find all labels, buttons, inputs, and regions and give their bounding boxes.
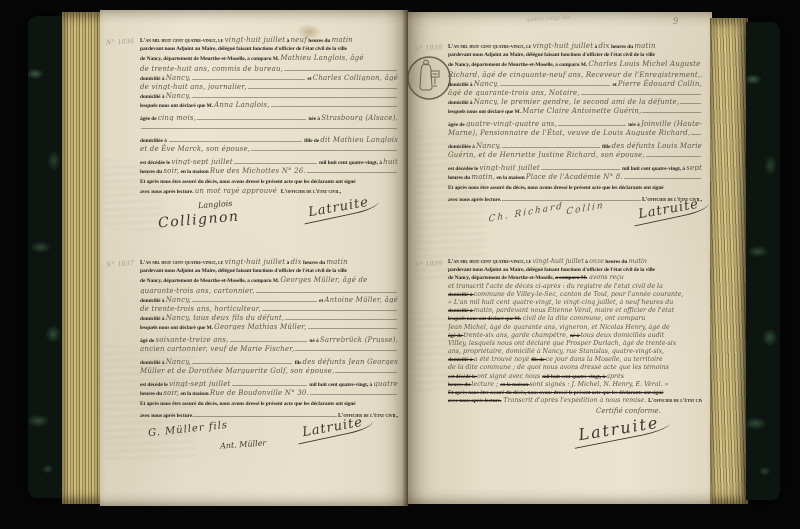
signature-area: Certifié conforme.Latruite — [448, 405, 702, 451]
blank-rule — [646, 149, 701, 157]
blank-rule — [308, 321, 398, 329]
death-act-record: N° 1039L'an mil huit cent quatre-vingt, … — [448, 258, 702, 451]
blank-rule — [558, 118, 626, 126]
text-segment: domicilié à — [140, 297, 166, 303]
text-segment: Georges Mathias Müller, — [214, 323, 306, 330]
text-segment: avec nous après lecture. — [448, 397, 501, 405]
act-line: heures du soir, en la maison Rue des Mic… — [140, 165, 398, 174]
text-segment: avons reçu — [587, 274, 624, 282]
act-line: lesquels nous ont déclaré que M. Marie C… — [448, 105, 702, 114]
act-line: Jean Michel, âgé de quarante ans, vigner… — [448, 324, 702, 332]
act-line: domicilié à Nancy, le premier gendre, le… — [448, 96, 702, 105]
record-number: N° 1037 — [106, 258, 135, 268]
text-segment: Villey, lesquels nous ont déclaré que Pr… — [448, 340, 676, 348]
text-segment: heures du — [448, 174, 471, 180]
text-segment: Georges Müller, âgé de — [280, 276, 367, 285]
signature: Collignon — [157, 208, 240, 231]
act-line: ancien cartonnier, veuf de Marie Fischer… — [140, 343, 398, 352]
text-segment: lecture ; — [471, 381, 500, 389]
blank-rule — [335, 365, 397, 373]
text-segment: sept — [686, 164, 702, 171]
act-line: domicilié à matin, pardevant nous Étienn… — [448, 307, 702, 315]
text-segment: a été trouvé noyé — [474, 356, 532, 364]
text-segment: heures du — [448, 381, 471, 389]
act-line: avec nous après lecture. Transcrit d'apr… — [448, 397, 702, 405]
blank-rule — [701, 69, 702, 77]
text-segment: vingt-sept juillet — [169, 380, 231, 387]
text-segment: en la maison — [495, 174, 526, 180]
text-segment: Rue de Boudonville N° 30. — [210, 389, 309, 396]
text-segment: heures du — [140, 390, 163, 396]
act-line: âgée de cinq mois, née à Strasbourg (Als… — [140, 112, 398, 121]
text-segment: L'an mil huit cent quatre-vingt, le — [448, 258, 533, 266]
text-segment: lesquels nous ont déclaré que M. — [448, 108, 522, 114]
blank-rule — [624, 171, 701, 179]
text-segment: Nancy, le premier gendre, le second ami … — [474, 98, 680, 105]
text-segment: et transcrit l'acte de décès ci-après : … — [448, 283, 663, 291]
act-line: Et après nous être assuré du décès, nous… — [448, 389, 702, 397]
text-segment: Anna Langlois, — [214, 101, 270, 108]
blank-rule — [295, 343, 397, 351]
text-segment: civil de la dite commune, ont comparu — [521, 315, 646, 323]
right-page-records: N° 1038L'an mil huit cent quatre-vingt, … — [408, 12, 712, 504]
blank-rule — [271, 99, 397, 107]
text-segment: de Nancy, département de Meurthe-et-Mose… — [140, 277, 280, 285]
text-segment: domicilié à — [140, 75, 166, 81]
text-segment: domicilié à — [448, 356, 474, 364]
signature: Ant. Müller — [220, 438, 267, 450]
act-line: domicilié à Nancy, et Pierre Édouard Col… — [448, 78, 702, 87]
text-segment: Et après nous être assuré du décès, nous… — [448, 184, 664, 193]
text-segment: vingt-huit juillet — [225, 36, 286, 45]
text-segment: fils de — [531, 356, 545, 364]
act-line: de trente-trois ans, horticulteur, — [140, 303, 398, 312]
text-segment: fils — [293, 359, 302, 365]
record-number: N° 1038 — [414, 42, 443, 52]
text-segment: Charles Louis Michel Auguste — [588, 60, 700, 69]
blank-rule — [680, 96, 701, 104]
blank-rule — [256, 285, 397, 293]
text-segment: « L'an mil huit cent quatre-vingt, le vi… — [448, 299, 673, 307]
text-segment: Nancy, — [476, 142, 501, 149]
act-line: domicilié à a été trouvé noyé fils de ce… — [448, 356, 702, 364]
text-segment: né à — [570, 332, 581, 340]
blank-rule — [232, 378, 307, 386]
text-segment: commune de Villey-le-Sec, canton de Toul… — [474, 291, 684, 299]
act-line: avec nous après lecture.L'officier de l'… — [448, 193, 702, 202]
blank-rule — [194, 409, 337, 417]
act-line: de Nancy, département de Meurthe-et-Mose… — [140, 276, 398, 285]
text-segment: en la maison — [500, 381, 529, 389]
blank-rule — [691, 127, 701, 135]
text-segment: Nancy, — [474, 80, 499, 87]
act-line: Villey, lesquels nous ont déclaré que Pr… — [448, 340, 702, 348]
text-segment: matin — [629, 258, 647, 266]
act-line: de vingt-huit ans, journalier, — [140, 81, 398, 90]
text-segment: de vingt-huit ans, journalier, — [140, 83, 247, 90]
act-line: pardevant nous Adjoint au Maire, délégué… — [140, 45, 398, 54]
text-segment: et de Ève Marck, son épouse, — [140, 145, 250, 152]
blank-rule — [581, 87, 701, 95]
book-cover-left — [28, 16, 64, 498]
act-line: Müller et de Dorothée Marguerite Golf, s… — [140, 365, 398, 374]
act-line: ans, propriétaire, domicilié à Nancy, ru… — [448, 348, 702, 356]
text-segment: âgée de — [448, 121, 466, 127]
act-line: Richard, âgé de cinquante-neuf ans, Rece… — [448, 69, 702, 78]
text-segment: Et après nous être assuré du décès, nous… — [140, 178, 356, 187]
book-cover-right — [746, 22, 780, 500]
text-segment: Place de l'Académie N° 8. — [526, 173, 623, 180]
act-line: Guérin, et de Henriette Justine Richard,… — [448, 149, 702, 158]
text-segment: domicilié à — [140, 315, 166, 321]
act-line: heures du lecture ; en la maison sont si… — [448, 381, 702, 389]
text-segment: cinq mois, — [158, 114, 196, 121]
act-line: pardevant nous Adjoint au Maire, délégué… — [448, 51, 702, 60]
text-segment: Rue des Michottes N° 26. — [210, 167, 306, 174]
act-line: de Nancy, département de Meurthe-et-Mose… — [448, 60, 702, 69]
text-segment: Transcrit d'après l'expédition à nous re… — [501, 397, 648, 405]
act-line: de Nancy, département de Meurthe-et-Mose… — [448, 274, 702, 282]
text-segment: pardevant nous Adjoint au Maire, délégué… — [448, 266, 655, 274]
text-segment: L'an mil huit cent quatre-vingt, le — [448, 43, 533, 51]
text-segment: domicilié à — [140, 93, 166, 99]
text-segment: matin, — [471, 173, 495, 180]
text-segment: un mot rayé approuvé — [195, 187, 277, 196]
act-line: avec nous après lecture. un mot rayé app… — [140, 187, 398, 196]
act-line: âgé de trente-six ans, garde champêtre, … — [448, 332, 702, 340]
text-segment: neuf — [290, 36, 307, 45]
text-segment: domiciliée à — [448, 143, 476, 149]
act-line: « L'an mil huit cent quatre-vingt, le vi… — [448, 299, 702, 307]
act-line: L'an mil huit cent quatre-vingt, le ving… — [448, 258, 702, 266]
text-segment: âgé de — [140, 337, 156, 343]
act-line: et transcrit l'acte de décès ci-après : … — [448, 283, 702, 291]
death-act-record: N° 1037L'an mil huit cent quatre-vingt, … — [140, 258, 398, 466]
signature-area: LangloisCollignonLatruite — [140, 196, 398, 246]
text-segment: heures du — [307, 37, 332, 45]
record-number: N° 1036 — [106, 36, 135, 46]
text-segment: Guérin, et de Henriette Justine Richard,… — [448, 151, 645, 158]
text-segment: des défunts Jean Georges — [303, 358, 398, 365]
record-number: N° 1039 — [414, 258, 443, 268]
text-segment: Jean Michel, âgé de quarante ans, vigner… — [448, 324, 670, 332]
blank-rule — [285, 312, 397, 320]
text-segment: Nancy, — [166, 358, 191, 365]
act-line: L'an mil huit cent quatre-vingt, le ving… — [140, 36, 398, 45]
act-line: L'an mil huit cent quatre-vingt, le ving… — [448, 42, 702, 51]
text-segment: est décédée le — [448, 165, 479, 171]
act-line: lesquels nous ont déclaré que M. Georges… — [140, 321, 398, 330]
act-line: lesquels nous ont déclaré que M. Anna La… — [140, 99, 398, 108]
text-segment: quatre-vingt-quatre ans, — [466, 120, 557, 127]
text-segment: Nancy, — [166, 92, 191, 99]
page-edges-right — [710, 18, 748, 504]
text-segment: quatre — [373, 380, 398, 387]
text-segment: domicilié à — [448, 291, 474, 299]
act-line: Et après nous être assuré du décès, nous… — [448, 184, 702, 193]
officer-signature: Latruite — [301, 415, 364, 440]
blank-rule — [192, 90, 397, 98]
death-act-record: N° 1036L'an mil huit cent quatre-vingt, … — [140, 36, 398, 246]
text-segment: soixante-treize ans, — [156, 336, 229, 343]
text-segment: trente-six ans, garde champêtre, — [464, 332, 570, 340]
signature: G. Müller fils — [148, 420, 229, 439]
text-segment: Marie Claire Antoinette Guérin, — [522, 107, 641, 114]
blank-rule — [502, 140, 599, 148]
text-segment: Richard, âgé de cinquante-neuf ans, Rece… — [448, 71, 700, 78]
act-line: pardevant nous Adjoint au Maire, délégué… — [140, 267, 398, 276]
text-segment: lesquels nous ont déclaré que M. — [140, 102, 214, 108]
text-segment: a comparu M. — [555, 274, 587, 282]
text-segment: Strasbourg (Alsace), — [321, 114, 398, 121]
act-line: est décédée le vingt-sept juillet mil hu… — [140, 156, 398, 165]
act-line: L'an mil huit cent quatre-vingt, le ving… — [140, 258, 398, 267]
text-segment: Et après nous être assuré du décès, nous… — [140, 400, 356, 409]
act-line: est décédé le vingt-sept juillet mil hui… — [140, 378, 398, 387]
text-segment: après — [606, 373, 624, 381]
text-segment: L'officier de l'état civil, — [648, 397, 702, 405]
text-segment: vingt-sept juillet — [171, 158, 233, 165]
text-segment: avec nous après lecture. — [140, 188, 195, 196]
text-segment: de trente-trois ans, horticulteur, — [140, 305, 261, 312]
act-line: domicilié à Nancy, et Charles Collignon,… — [140, 72, 398, 81]
act-line: de Nancy, département de Meurthe-et-Mose… — [140, 54, 398, 63]
text-segment: Pierre Édouard Collin, — [618, 80, 702, 87]
act-line: domiciliée à Nancy, fille des défunts Lo… — [448, 140, 702, 149]
text-segment: vingt-huit juillet — [225, 258, 286, 267]
text-segment: pardevant nous Adjoint au Maire, délégué… — [140, 45, 347, 54]
blank-rule — [251, 143, 397, 151]
blank-rule — [169, 134, 302, 142]
text-segment: Nancy, tous deux fils du défunt, — [166, 314, 285, 321]
text-segment: domicilié à — [448, 307, 474, 315]
text-segment: ancien cartonnier, veuf de Marie Fischer… — [140, 345, 294, 352]
signature: Ch. Richard — [488, 201, 564, 224]
text-segment: de trente-huit ans, commis de bureau, — [140, 65, 283, 72]
right-page: quatre vingt dix 9 N° 1038L'an mil huit … — [408, 12, 712, 504]
text-segment: de Nancy, département de Meurthe-et-Mose… — [448, 274, 555, 282]
text-segment: ont signé avec nous — [477, 373, 542, 381]
blank-rule — [230, 334, 308, 342]
act-line: heures du soir, en la maison Rue de Boud… — [140, 387, 398, 396]
text-segment: domicilié à — [140, 359, 166, 365]
act-line: Marne), Pensionnaire de l'État, veuve de… — [448, 127, 702, 136]
text-segment: L'an mil huit cent quatre-vingt, le — [140, 37, 225, 45]
text-segment: vingt-huit juillet — [479, 164, 540, 171]
act-line: quarante-trois ans, cartonnier, — [140, 285, 398, 294]
text-segment: onze — [589, 258, 604, 266]
text-segment: domicilié à — [448, 99, 474, 105]
text-segment: L'officier de l'état civil, — [281, 188, 341, 196]
text-segment: heures du — [302, 259, 327, 267]
act-line — [140, 121, 398, 130]
act-line: heures du matin, en la maison Place de l… — [448, 171, 702, 180]
text-segment: Mathieu Langlois, âgé — [280, 54, 363, 63]
blank-rule — [192, 356, 292, 364]
text-segment: heures du — [610, 43, 635, 51]
text-segment: matin — [634, 42, 655, 51]
left-page-records: N° 1036L'an mil huit cent quatre-vingt, … — [100, 10, 408, 506]
left-page: N° 1036L'an mil huit cent quatre-vingt, … — [100, 10, 408, 506]
act-line: est décédé le ont signé avec nous mil hu… — [448, 373, 702, 381]
blank-rule — [234, 156, 317, 164]
blank-rule — [262, 303, 397, 311]
text-segment: domiciliée à — [140, 137, 168, 143]
text-segment: est décédé le — [448, 373, 477, 381]
text-segment: huit — [383, 158, 398, 165]
act-line: domicilié à Nancy, tous deux fils du déf… — [140, 312, 398, 321]
text-segment: Müller et de Dorothée Marguerite Golf, s… — [140, 367, 334, 374]
signature-area: G. Müller filsAnt. MüllerLatruite — [140, 418, 398, 466]
act-line: âgée de quatre-vingt-quatre ans, née à J… — [448, 118, 702, 127]
signature-area: Ch. RichardCollinLatruite — [448, 202, 702, 246]
act-line: pardevant nous Adjoint au Maire, délégué… — [448, 266, 702, 274]
text-segment: de Nancy, département de Meurthe-et-Mose… — [140, 55, 280, 63]
blank-rule — [141, 121, 397, 129]
text-segment: pardevant nous Adjoint au Maire, délégué… — [448, 51, 655, 60]
blank-rule — [541, 162, 620, 170]
text-segment: domicilié à — [448, 81, 474, 87]
signature: Collin — [566, 201, 605, 218]
text-segment: matin, pardevant nous Étienne Véral, mai… — [474, 307, 674, 315]
act-line: domiciliée à fille de dit Mathieu Langlo… — [140, 134, 398, 143]
act-line: domicilié à Nancy, — [140, 90, 398, 99]
page-edges-left — [62, 12, 102, 504]
blank-rule — [307, 165, 397, 173]
act-line: âgé de quarante-trois ans, Notaire, — [448, 87, 702, 96]
act-line: est décédée le vingt-huit juillet mil hu… — [448, 162, 702, 171]
text-segment: en la maison — [179, 390, 210, 396]
text-segment: âgé de — [448, 332, 464, 340]
text-segment: Et après nous être assuré du décès, nous… — [448, 389, 664, 397]
text-segment: heures du — [140, 168, 163, 174]
archival-scan: N° 1036L'an mil huit cent quatre-vingt, … — [0, 0, 800, 529]
blank-rule — [192, 72, 305, 80]
act-line: de trente-huit ans, commis de bureau, — [140, 63, 398, 72]
text-segment: de Nancy, département de Meurthe-et-Mose… — [448, 61, 588, 69]
text-segment: dit Mathieu Langlois — [320, 136, 398, 143]
act-line: de la dite commune ; de quoi nous avons … — [448, 364, 702, 372]
text-segment: heures du — [604, 258, 629, 266]
text-segment: soir, — [163, 389, 179, 396]
text-segment: tous deux domiciliés audit — [580, 332, 664, 340]
text-segment: sont signés : J. Michel, N. Henry, É. Vé… — [530, 381, 669, 389]
text-segment: Marne), Pensionnaire de l'État, veuve de… — [448, 129, 690, 136]
blank-rule — [197, 112, 306, 120]
death-act-record: N° 1038L'an mil huit cent quatre-vingt, … — [448, 42, 702, 246]
text-segment: vingt-huit juillet — [533, 258, 584, 266]
text-segment: de la dite commune ; de quoi nous avons … — [448, 364, 669, 372]
act-line: Et après nous être assuré du décès, nous… — [140, 400, 398, 409]
text-segment: matin — [326, 258, 347, 267]
text-segment: vingt-huit juillet — [533, 42, 594, 51]
act-line: domicilié à commune de Villey-le-Sec, ca… — [448, 291, 702, 299]
text-segment: ce jour dans la Moselle, au territoire — [546, 356, 663, 364]
blank-rule — [248, 81, 397, 89]
text-segment: lesquels nous ont déclaré que M. — [140, 324, 214, 330]
text-segment: Charles Collignon, âgé — [313, 74, 398, 81]
text-segment: mil huit cent quatre-vingt, à — [542, 373, 606, 381]
text-segment: née à — [627, 121, 641, 127]
blank-rule — [500, 78, 610, 86]
text-segment: lesquels nous ont déclaré que M. — [448, 315, 521, 323]
text-segment: âgé de quarante-trois ans, Notaire, — [448, 89, 580, 96]
officer-signature: Latruite — [577, 413, 661, 445]
text-segment: Joinville (Haute- — [641, 120, 702, 127]
blank-rule — [284, 63, 397, 71]
blank-rule — [310, 387, 397, 395]
officer-signature: Latruite — [307, 195, 370, 220]
act-line: domicilié à Nancy, et Antoine Müller, âg… — [140, 294, 398, 303]
blank-rule — [192, 294, 317, 302]
text-segment: ans, propriétaire, domicilié à Nancy, ru… — [448, 348, 664, 356]
text-segment: Antoine Müller, âgé — [324, 296, 398, 303]
blank-rule — [502, 193, 641, 201]
text-segment: Nancy, — [166, 296, 191, 303]
text-segment: soir, — [163, 167, 179, 174]
text-segment: L'an mil huit cent quatre-vingt, le — [140, 259, 225, 267]
act-line: et de Ève Marck, son épouse, — [140, 143, 398, 152]
act-line: Et après nous être assuré du décès, nous… — [140, 178, 398, 187]
text-segment: matin — [332, 36, 353, 45]
text-segment: est décédé le — [140, 381, 169, 387]
text-segment: Nancy, — [166, 74, 191, 81]
text-segment: pardevant nous Adjoint au Maire, délégué… — [140, 267, 347, 276]
text-segment: en la maison — [179, 168, 210, 174]
act-line: lesquels nous ont déclaré que M. civil d… — [448, 315, 702, 323]
act-line: domicilié à Nancy, fils des défunts Jean… — [140, 356, 398, 365]
blank-rule — [642, 105, 701, 113]
text-segment: est décédée le — [140, 159, 171, 165]
text-segment: Sarrebrück (Prusse), — [320, 336, 398, 343]
text-segment: dix — [290, 258, 301, 267]
act-line: âgé de soixante-treize ans, né à Sarrebr… — [140, 334, 398, 343]
text-segment: des défunts Louis Marie — [612, 142, 702, 149]
text-segment: dix — [598, 42, 609, 51]
text-segment: fille — [601, 143, 612, 149]
text-segment: quarante-trois ans, cartonnier, — [140, 287, 255, 294]
